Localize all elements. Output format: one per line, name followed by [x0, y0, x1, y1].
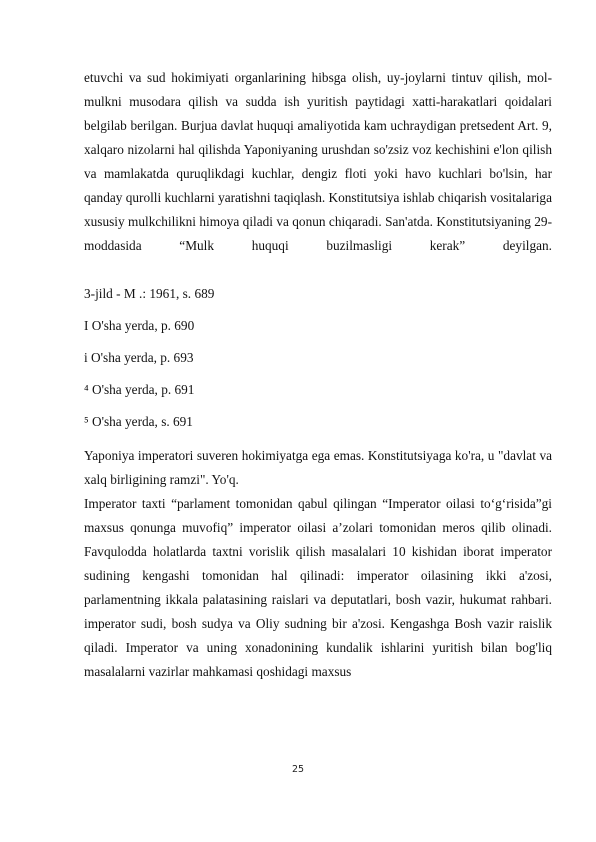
paragraph-constitution-property: etuvchi va sud hokimiyati organlarining …: [84, 66, 552, 258]
paragraph-imperial-throne: Imperator taxti “parlament tomonidan qab…: [84, 492, 552, 684]
footnote-text: O'sha yerda, p. 690: [88, 318, 194, 333]
footnotes-list: 3-jild - M .: 1961, s. 689 I O'sha yerda…: [84, 282, 552, 442]
footnote-text: O'sha yerda, s. 691: [89, 414, 193, 429]
page-number: 25: [0, 764, 596, 775]
page-content: etuvchi va sud hokimiyati organlarining …: [84, 66, 552, 684]
spacer: [84, 258, 552, 282]
paragraph-emperor-sovereignty: Yaponiya imperatori suveren hokimiyatga …: [84, 444, 552, 492]
footnote-item: ⁴ O'sha yerda, p. 691: [84, 378, 552, 410]
document-page: etuvchi va sud hokimiyati organlarining …: [0, 0, 596, 842]
footnote-item: i O'sha yerda, p. 693: [84, 346, 552, 378]
footnote-item: 3-jild - M .: 1961, s. 689: [84, 282, 552, 314]
footnote-text: 3-jild - M .: 1961, s. 689: [84, 286, 214, 301]
footnote-item: ⁵ O'sha yerda, s. 691: [84, 410, 552, 442]
footnote-text: O'sha yerda, p. 691: [89, 382, 195, 397]
footnote-item: I O'sha yerda, p. 690: [84, 314, 552, 346]
footnote-text: O'sha yerda, p. 693: [88, 350, 194, 365]
